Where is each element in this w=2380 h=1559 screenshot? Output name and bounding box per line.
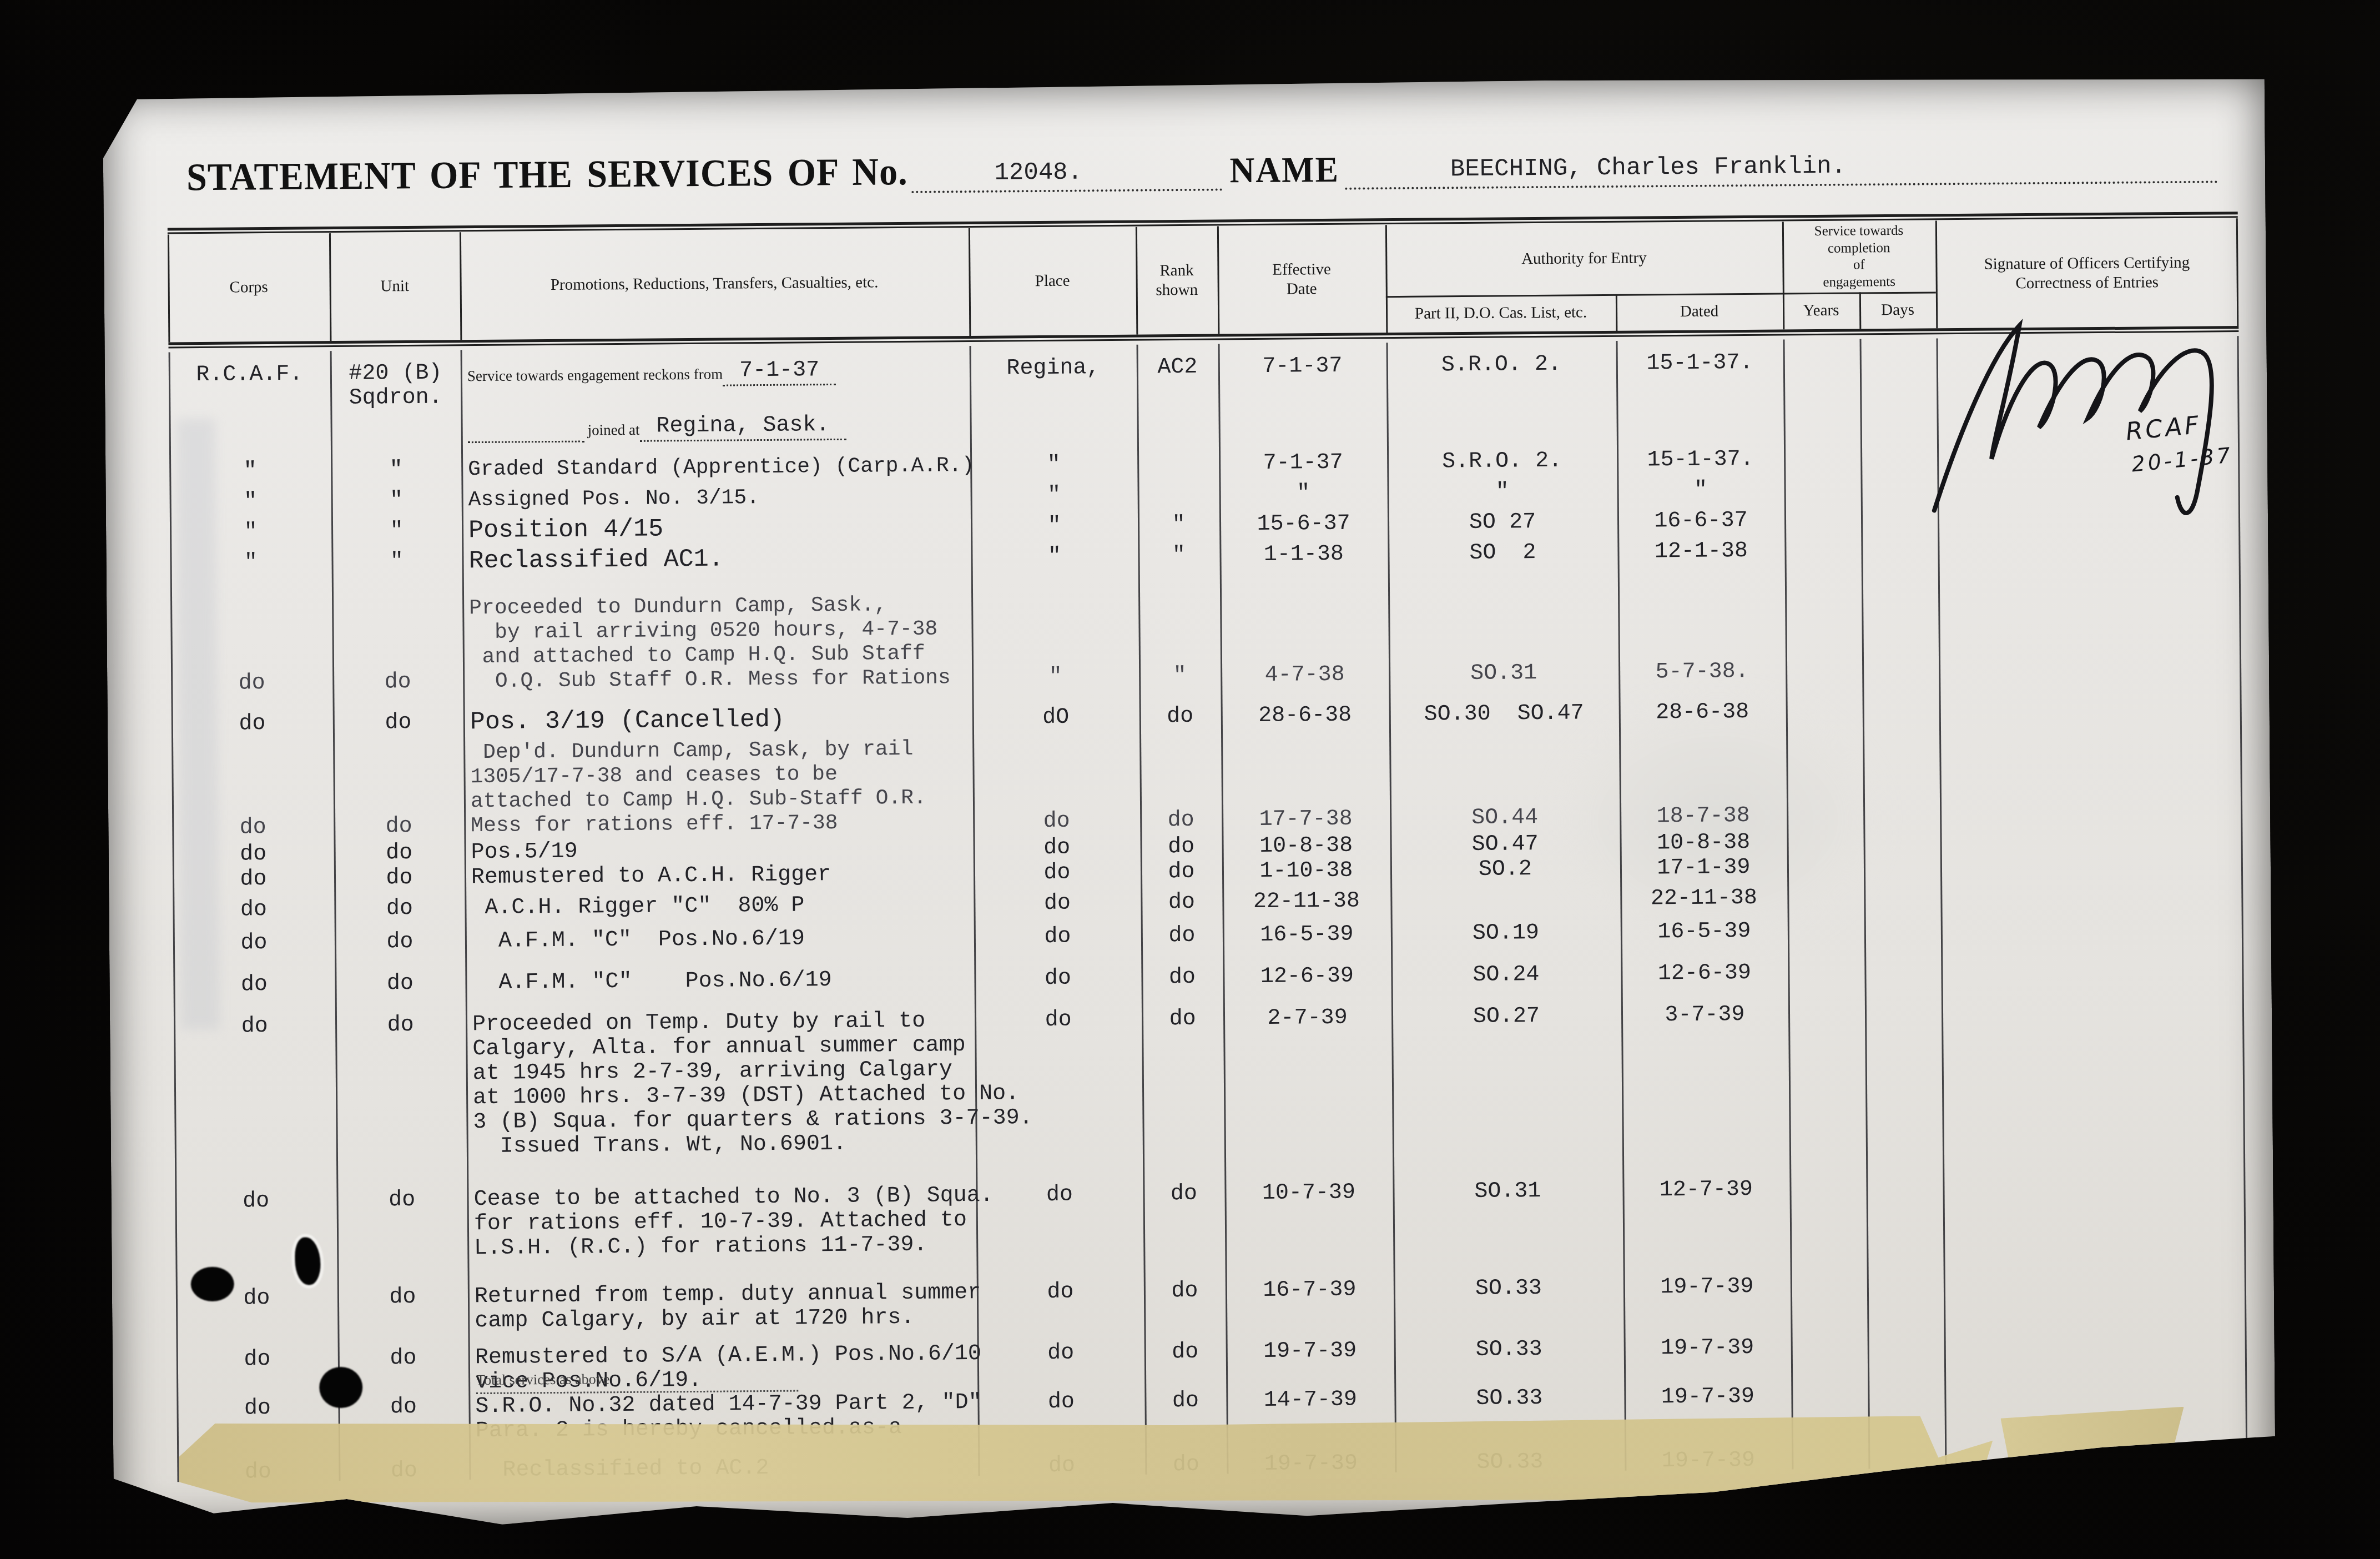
cell-days: [1867, 1273, 1944, 1274]
cell-dated: 10-8-38: [1620, 831, 1787, 856]
cell-unit: #20 (B) Sqdron.: [330, 361, 461, 411]
cell-years: [1783, 350, 1860, 350]
cell-date: 22-11-38: [1222, 889, 1390, 914]
cell-years: [1784, 477, 1860, 477]
cell-place: ": [970, 483, 1137, 509]
cell-date: 16-5-39: [1223, 922, 1391, 948]
cell-corps: ": [170, 550, 331, 576]
cell-days: [1868, 1383, 1944, 1384]
cell-years: [1784, 507, 1861, 508]
cell-corps: do: [172, 815, 334, 841]
col-header-dated: Dated: [1616, 293, 1783, 331]
cell-sig: [1941, 957, 2243, 959]
cell-desc: Cease to be attached to No. 3 (B) Squa. …: [467, 1184, 976, 1261]
cell-rank: [1137, 452, 1219, 452]
cell-dated: 12-6-39: [1621, 961, 1788, 987]
cell-unit: do: [338, 1346, 468, 1371]
cell-corps: ": [170, 520, 331, 545]
cell-rank: do: [1144, 1279, 1226, 1304]
cell-sig: [1938, 535, 2240, 537]
cell-corps: ": [169, 459, 331, 484]
cell-sig: [1942, 999, 2244, 1001]
cell-rank: ": [1139, 664, 1221, 689]
cell-rank: do: [1144, 1389, 1226, 1414]
cell-years: [1788, 1002, 1865, 1002]
service-row: dodo A.F.M. "C" Pos.No.6/19dodo12-6-39SO…: [173, 957, 2243, 998]
cell-auth: SO.33: [1394, 1337, 1624, 1363]
cell-unit: do: [336, 1188, 467, 1213]
col-header-place: Place: [969, 227, 1137, 336]
cell-place: dO: [972, 705, 1139, 731]
cell-days: [1861, 537, 1938, 538]
cell-auth: SO.44: [1390, 805, 1620, 831]
col-header-part2: Part II, D.O. Cas. List, etc.: [1386, 294, 1616, 333]
cell-date: 28-6-38: [1221, 703, 1389, 728]
cell-date: 19-7-39: [1226, 1339, 1394, 1364]
cell-days: [1862, 682, 1939, 683]
cell-auth: SO.47: [1390, 832, 1620, 858]
cell-place: do: [973, 836, 1140, 861]
cell-dated: 19-7-39: [1624, 1336, 1791, 1361]
cell-place: do: [977, 1280, 1144, 1305]
cell-dated: 18-7-38: [1620, 804, 1787, 829]
cell-sig: [1940, 827, 2242, 829]
name-field: BEECHING, Charles Franklin.: [1345, 142, 2218, 189]
cell-days: [1866, 1176, 1943, 1176]
col-header-years: Years: [1783, 292, 1860, 329]
cell-desc: Position 4/15: [462, 515, 971, 543]
cell-auth: SO.24: [1391, 962, 1621, 988]
cell-unit: do: [337, 1285, 468, 1310]
cell-dated: 16-5-39: [1621, 919, 1788, 945]
cell-rank: do: [1141, 965, 1223, 990]
name-value: BEECHING, Charles Franklin.: [1450, 153, 1846, 184]
cell-auth: SO.19: [1391, 921, 1621, 947]
cell-auth: S.R.O. 2.: [1386, 352, 1616, 378]
cell-desc: Pos. 3/19 (Cancelled): [463, 706, 972, 735]
cell-desc: Reclassified AC1.: [462, 545, 971, 574]
cell-years: [1787, 827, 1863, 828]
cell-dated: 19-7-39: [1623, 1275, 1791, 1300]
cell-rank: do: [1141, 924, 1223, 949]
cell-sig: [1944, 1332, 2247, 1334]
cell-date: 2-7-39: [1223, 1005, 1391, 1031]
cell-place: do: [975, 1008, 1142, 1033]
cell-place: ": [972, 665, 1139, 690]
service-row: dodo A.F.M. "C" Pos.No.6/19dodo16-5-39SO…: [173, 916, 2243, 956]
certifying-signature: RCAF 20-1-37: [1925, 308, 2282, 533]
col-header-service-completion: Service towards completion of engagement…: [1782, 220, 1936, 293]
page-title: STATEMENT OF THE SERVICES OF No.: [186, 150, 908, 200]
cell-rank: AC2: [1137, 355, 1218, 380]
cell-desc: Proceeded on Temp. Duty by rail to Calga…: [466, 1009, 976, 1159]
cell-place: do: [974, 891, 1141, 917]
cell-unit: ": [331, 549, 462, 575]
service-row: dodoReturned from temp. duty annual summ…: [176, 1271, 2247, 1336]
cell-desc: A.F.M. "C" Pos.No.6/19: [465, 926, 974, 954]
cell-dated: 12-7-39: [1622, 1178, 1789, 1203]
col-header-rank: Rank shown: [1136, 227, 1218, 335]
cell-desc: Graded Standard (Apprentice) (Carp.A.R.): [461, 454, 970, 482]
cell-rank: ": [1138, 544, 1219, 569]
cell-unit: do: [335, 1013, 466, 1038]
cell-years: [1786, 683, 1862, 683]
col-header-effective-date: Effective Date: [1217, 225, 1386, 334]
cell-place: ": [971, 514, 1138, 539]
cell-dated: 17-1-39: [1620, 856, 1787, 881]
cell-auth: SO.31: [1393, 1179, 1622, 1205]
cell-place: do: [977, 1390, 1144, 1415]
cell-date: 12-6-39: [1223, 964, 1391, 989]
cell-days: [1864, 854, 1940, 854]
cell-years: [1787, 885, 1864, 886]
cell-desc: A.F.M. "C" Pos.No.6/19: [465, 967, 974, 995]
cell-auth: [1390, 887, 1620, 889]
cell-rank: do: [1140, 835, 1222, 860]
cell-years: [1791, 1335, 1868, 1335]
cell-corps: do: [173, 842, 334, 867]
cell-rank: do: [1139, 705, 1221, 730]
cell-unit: ": [331, 488, 462, 514]
cell-auth: SO 2: [1388, 540, 1617, 566]
cell-corps: do: [173, 897, 334, 923]
cell-date: 1-10-38: [1222, 858, 1390, 884]
cell-years: [1789, 1176, 1866, 1177]
cell-rank: do: [1144, 1340, 1226, 1365]
dotted-leader: [468, 419, 584, 444]
cell-years: [1788, 918, 1864, 919]
cell-rank: do: [1142, 1007, 1223, 1032]
cell-corps: do: [173, 972, 335, 998]
cell-unit: do: [335, 929, 465, 955]
cell-desc: Returned from temp. duty annual summer c…: [468, 1281, 977, 1334]
cell-auth: SO.30 SO.47: [1389, 701, 1619, 727]
cell-date: 17-7-38: [1222, 807, 1390, 832]
cell-years: [1787, 854, 1864, 855]
cell-place: ": [971, 544, 1138, 570]
cell-unit: do: [335, 971, 465, 997]
cell-dated: 15-1-37.: [1616, 351, 1783, 376]
cell-unit: do: [333, 710, 463, 736]
cell-unit: do: [334, 866, 465, 891]
cell-auth: SO.27: [1391, 1004, 1621, 1030]
name-label: NAME: [1229, 149, 1339, 192]
cell-dated: 3-7-39: [1621, 1003, 1788, 1028]
cell-desc: Pos.5/19: [465, 837, 974, 865]
cell-place: Regina,: [970, 356, 1137, 381]
cell-years: [1791, 1274, 1867, 1274]
service-number-field: 12048.: [911, 150, 1222, 193]
cell-years: [1787, 829, 1863, 830]
cell-unit: ": [331, 457, 461, 483]
cell-date: 14-7-39: [1226, 1387, 1394, 1413]
cell-unit: do: [334, 841, 465, 866]
cell-date: 7-1-37: [1218, 354, 1386, 379]
cell-sig: [1940, 882, 2243, 884]
cell-days: [1864, 884, 1940, 885]
cell-corps: do: [173, 867, 334, 892]
cell-corps: do: [177, 1347, 338, 1372]
cell-years: [1791, 1384, 1868, 1384]
typed-value: Regina, Sask.: [639, 413, 846, 442]
service-row: dodoProceeded to Dundurn Camp, Sask., by…: [170, 582, 2241, 696]
cell-rank: do: [1140, 808, 1222, 833]
cell-corps: do: [171, 671, 332, 696]
cell-place: ": [970, 452, 1137, 478]
cell-desc: A.C.H. Rigger "C" 80% P: [465, 892, 974, 921]
col-header-corps: Corps: [168, 233, 330, 342]
cell-rank: ": [1138, 513, 1219, 538]
cell-auth: SO 27: [1388, 510, 1617, 536]
cell-sig: [1944, 1271, 2246, 1273]
cell-sig: [1939, 696, 2242, 698]
cell-corps: do: [174, 1014, 335, 1039]
cell-years: [1788, 960, 1864, 960]
cell-date: 10-8-38: [1222, 833, 1390, 859]
cell-dated: 12-1-38: [1617, 539, 1784, 565]
cell-dated: 16-6-37: [1617, 509, 1784, 534]
cell-days: [1863, 829, 1940, 829]
cell-sig: [1940, 824, 2242, 827]
printed-label: Service towards engagement reckons from: [467, 362, 723, 389]
paper-sheet: STATEMENT OF THE SERVICES OF No. 12048. …: [103, 75, 2276, 1530]
cell-days: [1864, 918, 1941, 918]
cell-place: do: [974, 924, 1141, 950]
cell-auth: SO.33: [1394, 1386, 1624, 1412]
cell-years: [1786, 699, 1863, 700]
cell-rank: [1137, 482, 1219, 483]
cell-dated: 28-6-38: [1619, 700, 1786, 726]
service-number-value: 12048.: [994, 158, 1082, 187]
cell-rank: do: [1141, 860, 1222, 885]
cell-unit: do: [332, 670, 463, 695]
cell-sig: [1941, 916, 2243, 918]
cell-dated: 19-7-39: [1624, 1385, 1791, 1410]
cell-years: [1784, 446, 1860, 447]
tape-repair: [179, 1416, 1993, 1505]
cell-corps: ": [170, 489, 331, 515]
cell-date: 4-7-38: [1221, 662, 1389, 688]
cell-days: [1865, 1001, 1942, 1002]
cell-dated: 15-1-37.: [1617, 447, 1784, 473]
cell-date: 15-6-37: [1219, 511, 1388, 537]
col-header-unit: Unit: [329, 232, 461, 341]
cell-corps: do: [172, 711, 333, 737]
cell-desc: Assigned Pos. No. 3/15.: [462, 484, 971, 512]
cell-days: [1864, 959, 1941, 960]
hole-punch: [319, 1367, 363, 1409]
cell-desc: Proceeded to Dundurn Camp, Sask., by rai…: [462, 592, 972, 694]
cell-sig: [1943, 1174, 2245, 1176]
cell-corps: R.C.A.F.: [169, 362, 330, 388]
cell-auth: SO.33: [1394, 1276, 1623, 1302]
cell-date: 7-1-37: [1219, 450, 1387, 476]
cell-date: 10-7-39: [1224, 1180, 1393, 1206]
signature-flourish: [1925, 308, 2282, 533]
document-header: STATEMENT OF THE SERVICES OF No. 12048. …: [186, 140, 2218, 199]
service-row: dodoCease to be attached to No. 3 (B) Sq…: [175, 1174, 2246, 1263]
printed-label: Total services as above: [476, 1366, 798, 1395]
cell-rank: do: [1141, 891, 1222, 916]
cell-unit: ": [331, 519, 462, 544]
cell-dated: 22-11-38: [1620, 886, 1787, 912]
hole-punch: [191, 1267, 234, 1302]
col-header-authority: Authority for Entry: [1385, 222, 1783, 296]
cell-place: do: [974, 966, 1141, 992]
cell-date: ": [1219, 481, 1387, 506]
cell-auth: SO.31: [1389, 661, 1618, 687]
cell-days: [1868, 1334, 1944, 1335]
cell-dated: 5-7-38.: [1618, 660, 1786, 685]
cell-date: 1-1-38: [1219, 542, 1388, 567]
cell-corps: do: [175, 1189, 336, 1214]
cell-desc: Dep'd. Dundurn Camp, Sask, by rail 1305/…: [463, 737, 973, 838]
scanned-service-record-page: STATEMENT OF THE SERVICES OF No. 12048. …: [0, 0, 2380, 1559]
cell-corps: do: [177, 1396, 338, 1421]
cell-days: [1863, 827, 1940, 827]
cell-unit: do: [334, 814, 464, 839]
cell-place: do: [976, 1183, 1143, 1208]
cell-rank: do: [1143, 1182, 1224, 1207]
cell-years: [1784, 538, 1861, 539]
cell-desc: Service towards engagement reckons from7…: [461, 357, 970, 443]
cell-unit: do: [334, 896, 465, 922]
cell-dated: ": [1617, 478, 1784, 504]
col-header-promotions: Promotions, Reductions, Transfers, Casua…: [460, 228, 969, 340]
cell-desc: Remustered to A.C.H. Rigger: [465, 862, 974, 890]
cell-place: do: [977, 1341, 1144, 1366]
cell-auth: S.R.O. 2.: [1387, 449, 1617, 475]
cell-auth: ": [1387, 479, 1617, 505]
cell-place: do: [974, 861, 1141, 886]
service-row: dodo Dep'd. Dundurn Camp, Sask, by rail …: [172, 727, 2242, 841]
service-row: dodoProceeded on Temp. Duty by rail to C…: [174, 999, 2245, 1161]
typed-value: 7-1-37: [723, 358, 836, 386]
cell-desc: Remustered to S/A (A.E.M.) Pos.No.6/10 v…: [468, 1342, 978, 1395]
cell-place: do: [973, 809, 1140, 834]
cell-days: [1863, 698, 1939, 699]
cell-sig: [1939, 680, 2241, 682]
printed-label: joined at: [588, 418, 640, 442]
cell-date: 16-7-39: [1226, 1278, 1394, 1303]
cell-corps: do: [173, 931, 335, 956]
cell-auth: SO.2: [1390, 857, 1620, 883]
